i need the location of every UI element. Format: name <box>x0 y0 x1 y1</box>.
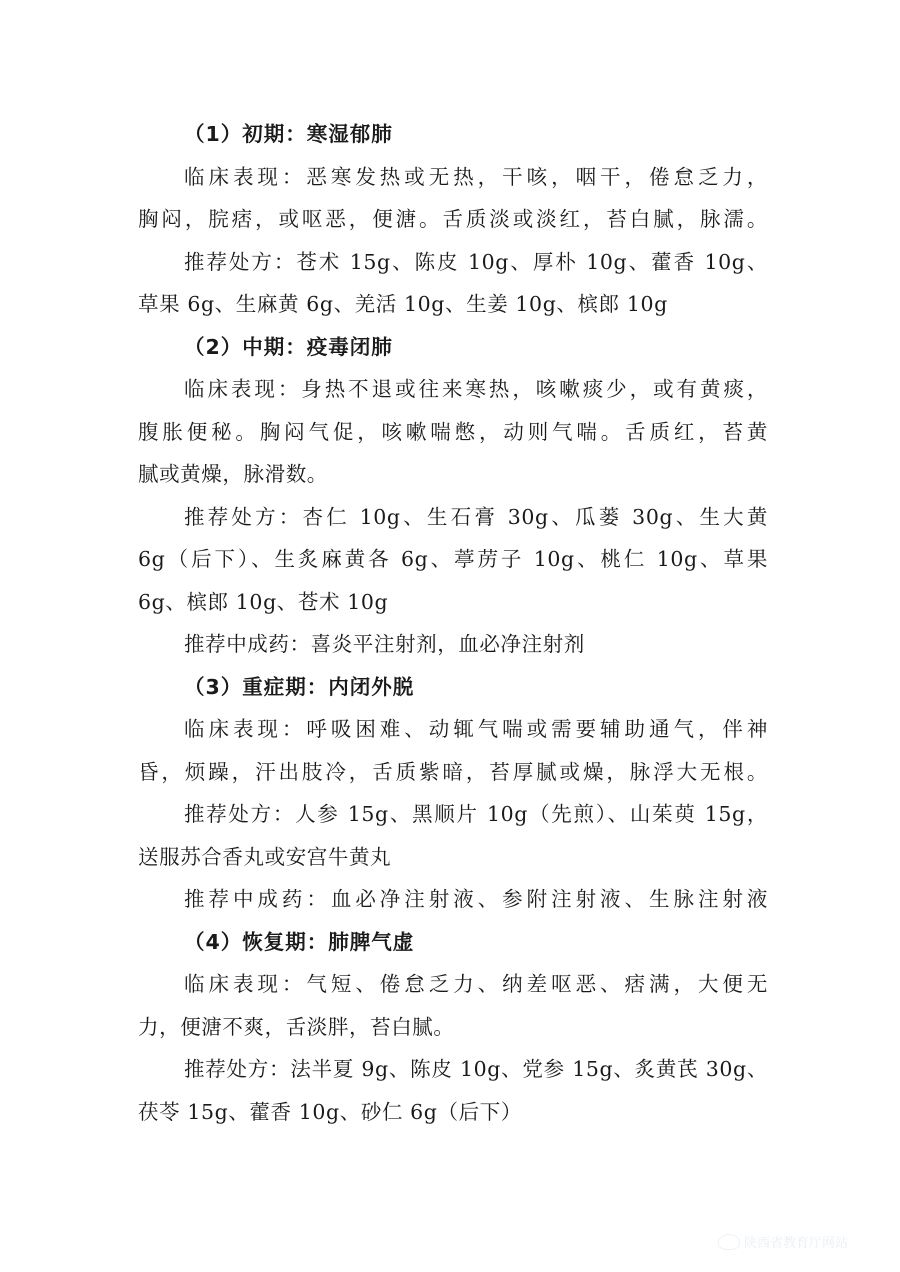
clinical-line: 昏，烦躁，汗出肢冷，舌质紫暗，苔厚腻或燥，脉浮大无根。 <box>138 751 768 794</box>
section-recovery-stage: （4）恢复期：肺脾气虚 临床表现：气短、倦怠乏力、纳差呕恶、痞满，大便无 力，便… <box>138 921 768 1134</box>
clinical-line: 临床表现：气短、倦怠乏力、纳差呕恶、痞满，大便无 <box>138 963 768 1006</box>
prescription-line: 推荐处方：法半夏 9g、陈皮 10g、党参 15g、炙黄芪 30g、 <box>138 1048 768 1091</box>
section-initial-stage: （1）初期：寒湿郁肺 临床表现：恶寒发热或无热，干咳，咽干，倦怠乏力， 胸闷，脘… <box>138 113 768 326</box>
clinical-line: 临床表现：身热不退或往来寒热，咳嗽痰少，或有黄痰， <box>138 368 768 411</box>
patent-medicine-line: 推荐中成药：喜炎平注射剂，血必净注射剂 <box>138 623 768 666</box>
clinical-line: 胸闷，脘痞，或呕恶，便溏。舌质淡或淡红，苔白腻，脉濡。 <box>138 198 768 241</box>
clinical-line: 力，便溏不爽，舌淡胖，苔白腻。 <box>138 1006 768 1049</box>
prescription-line: 6g（后下）、生炙麻黄各 6g、葶苈子 10g、桃仁 10g、草果 <box>138 538 768 581</box>
prescription-line: 推荐处方：苍术 15g、陈皮 10g、厚朴 10g、藿香 10g、 <box>138 241 768 284</box>
prescription-line: 送服苏合香丸或安宫牛黄丸 <box>138 836 768 879</box>
section-heading: （3）重症期：内闭外脱 <box>138 666 768 709</box>
section-heading: （4）恢复期：肺脾气虚 <box>138 921 768 964</box>
prescription-line: 草果 6g、生麻黄 6g、羌活 10g、生姜 10g、槟郎 10g <box>138 283 768 326</box>
prescription-line: 茯苓 15g、藿香 10g、砂仁 6g（后下） <box>138 1091 768 1134</box>
clinical-line: 腻或黄燥，脉滑数。 <box>138 453 768 496</box>
document-page: （1）初期：寒湿郁肺 临床表现：恶寒发热或无热，干咳，咽干，倦怠乏力， 胸闷，脘… <box>138 113 768 1133</box>
prescription-line: 推荐处方：杏仁 10g、生石膏 30g、瓜蒌 30g、生大黄 <box>138 496 768 539</box>
section-heading: （1）初期：寒湿郁肺 <box>138 113 768 156</box>
site-watermark: 陕西省教育厅网站 <box>718 1232 848 1251</box>
section-middle-stage: （2）中期：疫毒闭肺 临床表现：身热不退或往来寒热，咳嗽痰少，或有黄痰， 腹胀便… <box>138 326 768 666</box>
clinical-line: 临床表现：呼吸困难、动辄气喘或需要辅助通气，伴神 <box>138 708 768 751</box>
clinical-line: 临床表现：恶寒发热或无热，干咳，咽干，倦怠乏力， <box>138 156 768 199</box>
watermark-text: 陕西省教育厅网站 <box>744 1232 848 1251</box>
site-logo-icon <box>718 1234 740 1250</box>
clinical-line: 腹胀便秘。胸闷气促，咳嗽喘憋，动则气喘。舌质红，苔黄 <box>138 411 768 454</box>
patent-medicine-line: 推荐中成药：血必净注射液、参附注射液、生脉注射液 <box>138 878 768 921</box>
section-heading: （2）中期：疫毒闭肺 <box>138 326 768 369</box>
prescription-line: 推荐处方：人参 15g、黑顺片 10g（先煎）、山茱萸 15g， <box>138 793 768 836</box>
section-severe-stage: （3）重症期：内闭外脱 临床表现：呼吸困难、动辄气喘或需要辅助通气，伴神 昏，烦… <box>138 666 768 921</box>
prescription-line: 6g、槟郎 10g、苍术 10g <box>138 581 768 624</box>
